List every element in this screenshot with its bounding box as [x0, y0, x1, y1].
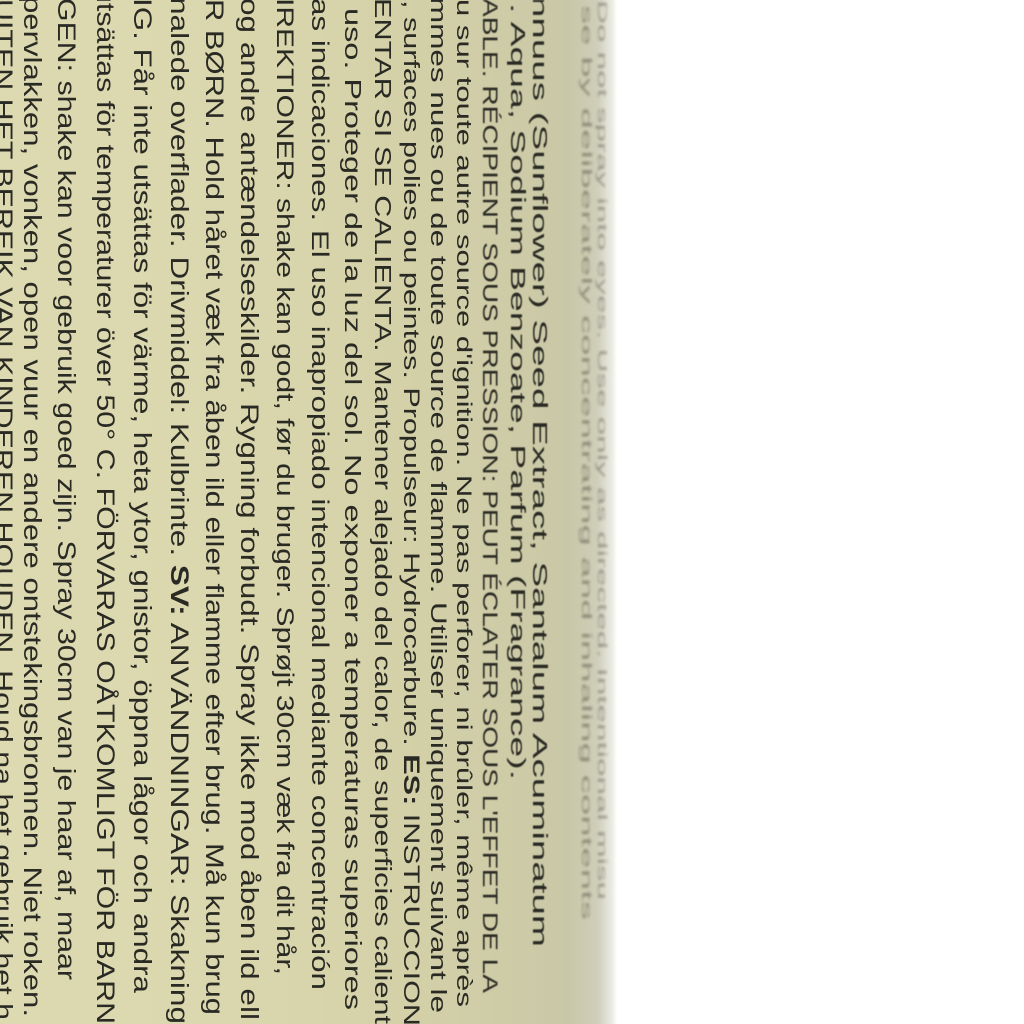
warning-line-da: R BØRN. Hold håret væk fra åben ild elle…: [200, 0, 228, 1015]
main-text-layer: u sur toute autre source d'ignition. Ne …: [0, 0, 618, 1024]
warning-line-es: as indicaciones. El uso inapropiado inte…: [306, 0, 332, 990]
warning-line-es: uso. Proteger de la luz del sol. No expo…: [339, 8, 365, 1010]
language-code-sv: SV:: [165, 565, 193, 616]
warning-line-fr: u sur toute autre source d'ignition. Ne …: [452, 0, 476, 1007]
instructions-line-nl: GEN: shake kan voor gebruik goed zijn. S…: [52, 0, 80, 980]
warning-line-da: og andre antændelseskilder. Rygning forb…: [235, 0, 263, 1020]
warning-line-sv: IG. Får inte utsättas för värme, heta yt…: [128, 0, 156, 993]
warning-line-da-sv: nalede overflader. Drivmiddel: Kulbrinte…: [165, 0, 193, 1024]
warning-line-nl: UITEN HET BEREIK VAN KINDEREN HOUDEN. Ho…: [0, 0, 17, 1020]
photo-frame: Do not spray into eyes. Use only as dire…: [0, 0, 1024, 1024]
line-text: INSTRUCCION: [398, 805, 424, 1024]
warning-line-fr: mmes nues ou de toute source de flamme. …: [426, 0, 450, 1013]
instructions-line-da: IREKTIONER: shake kan godt, før du bruge…: [271, 0, 298, 975]
warning-line-sv: utsättas för temperaturer över 50° C. FÖ…: [91, 0, 121, 1024]
language-code-es: ES:: [398, 754, 424, 805]
can-edge-highlight: [596, 0, 618, 1024]
line-text: nalede overflader. Drivmiddel: Kulbrinte…: [165, 0, 193, 565]
line-text: , surfaces polies ou peintes. Propulseur…: [398, 0, 424, 754]
line-text: ANVÄNDNINGAR: Skakning: [165, 616, 193, 1024]
warning-line-es: ENTAR SI SE CALIENTA. Mantener alejado d…: [369, 0, 395, 1024]
warning-line-fr-es: , surfaces polies ou peintes. Propulseur…: [398, 0, 424, 1024]
warning-line-nl: pervlakken, vonken, open vuur en andere …: [18, 0, 46, 1017]
